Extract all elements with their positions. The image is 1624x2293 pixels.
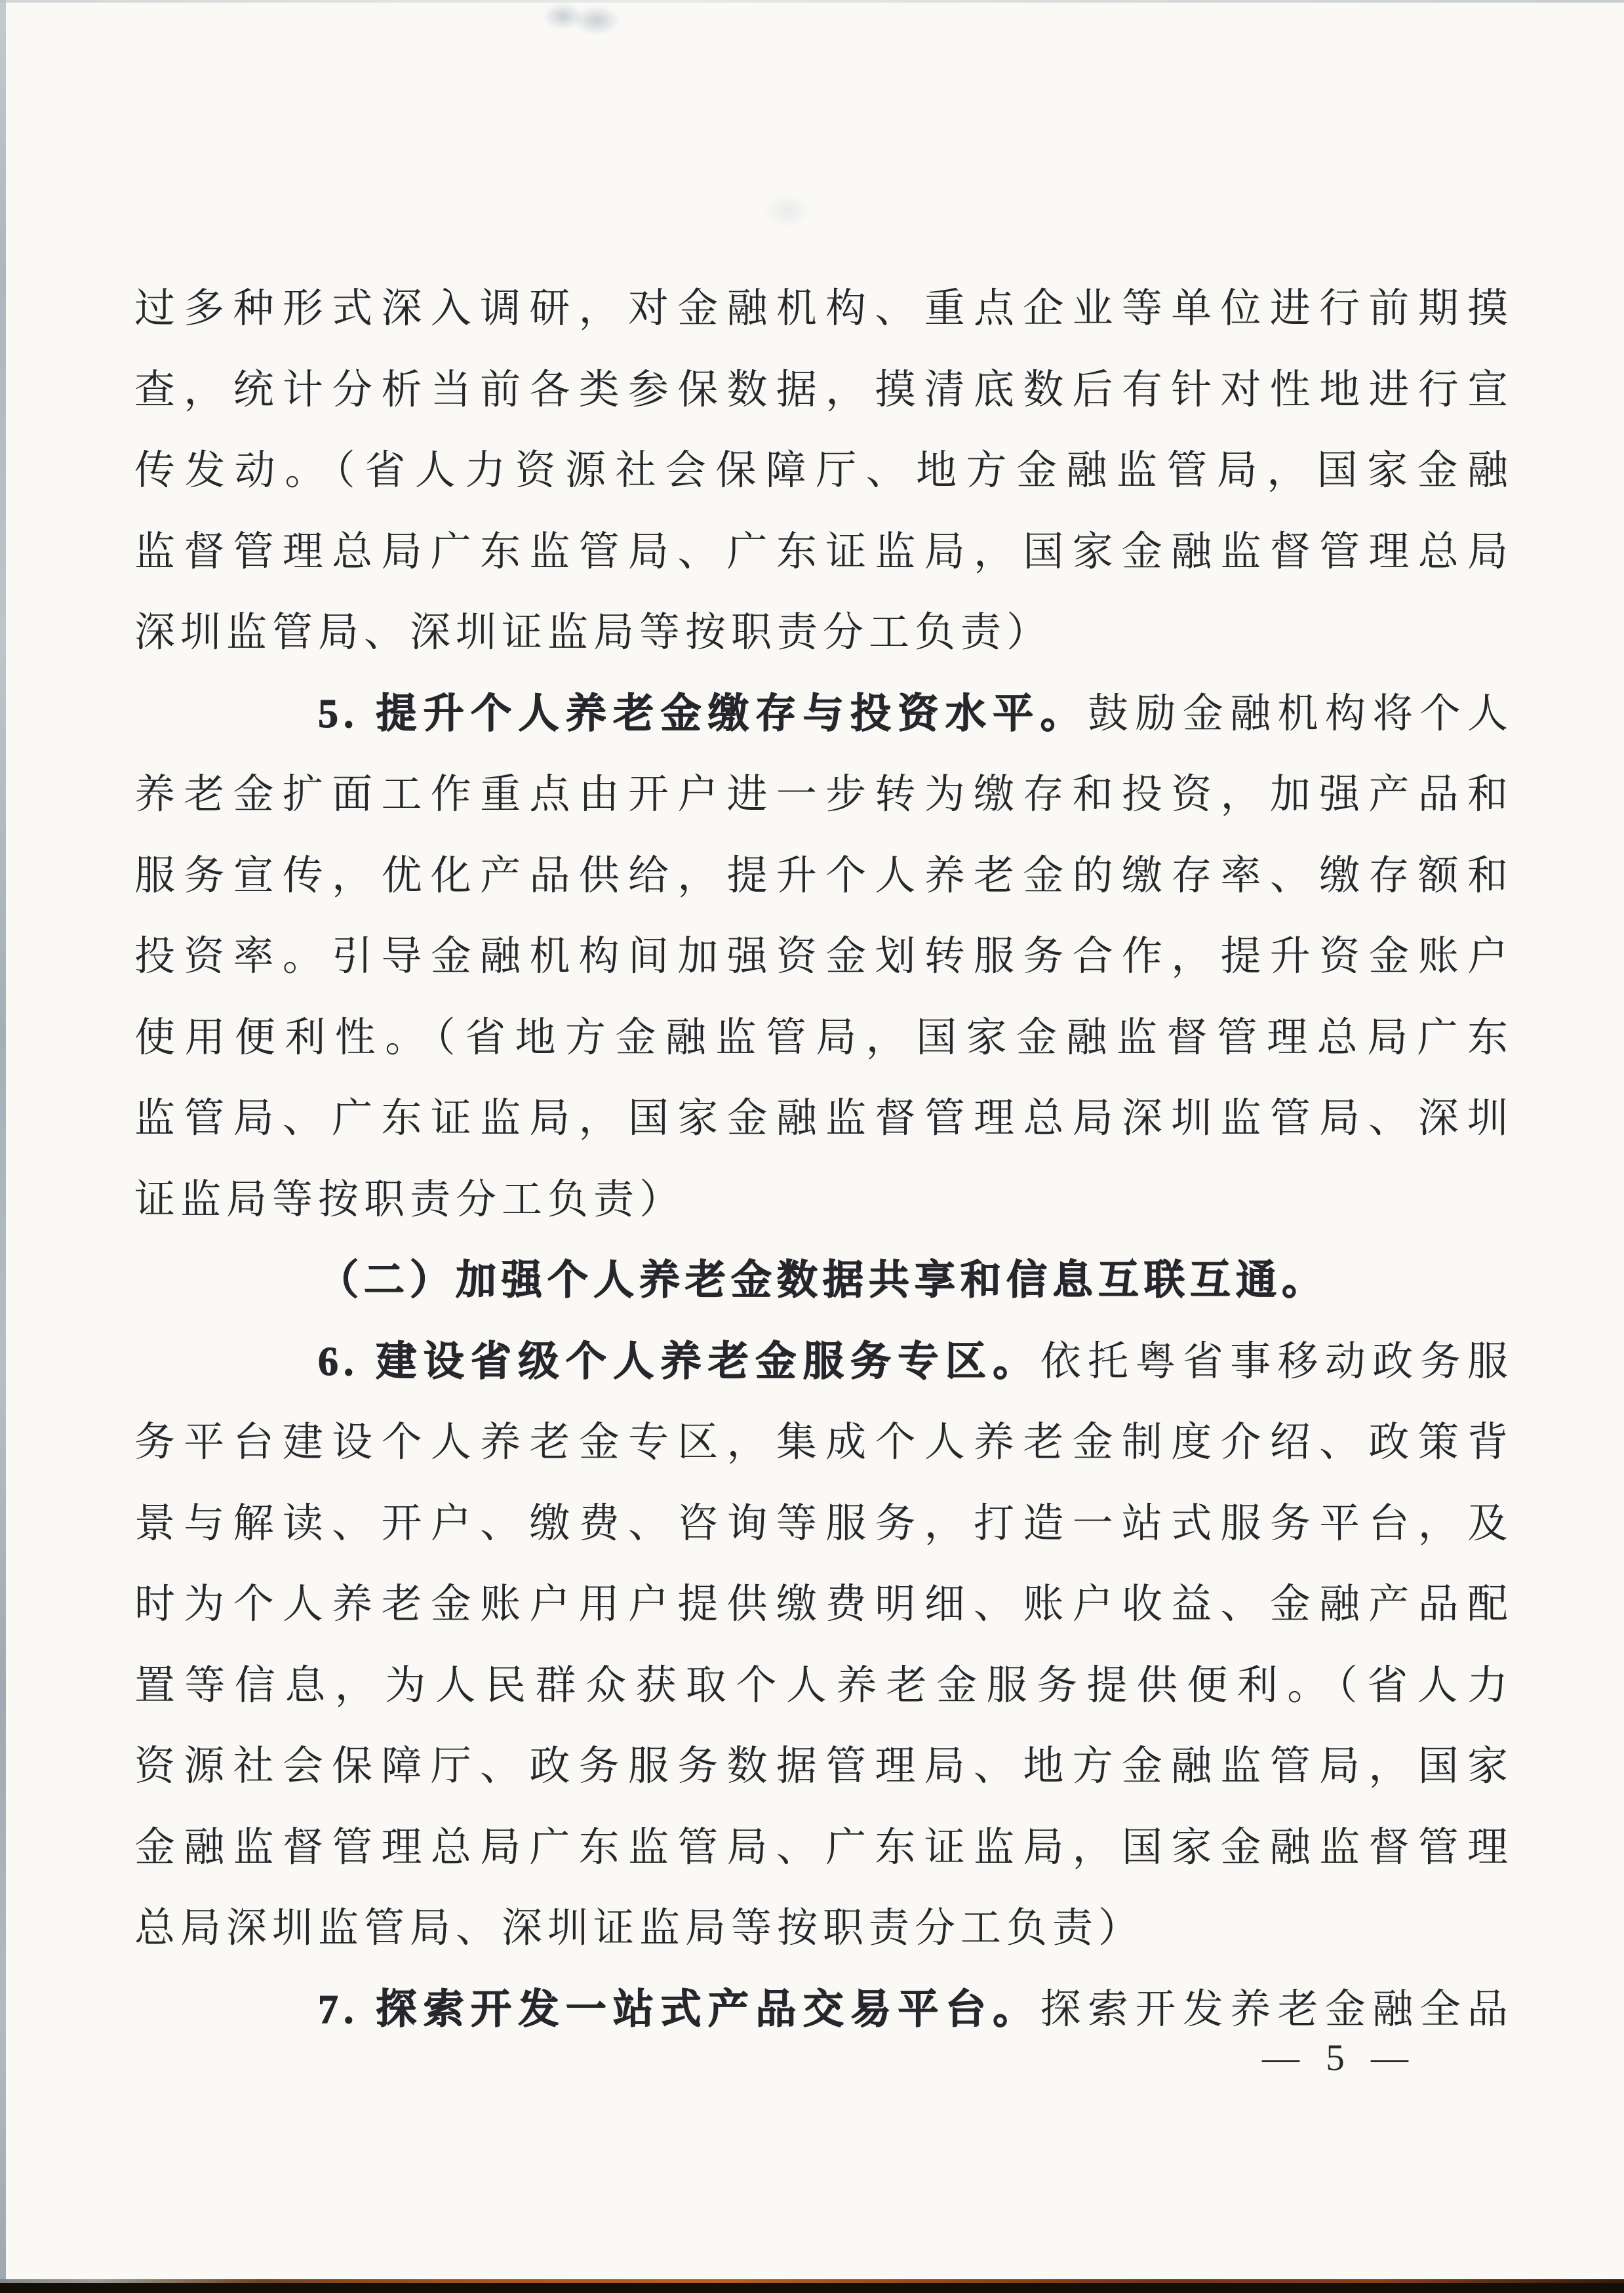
- body-segment: 探索开发养老金融全品: [1040, 1987, 1513, 2032]
- body-segment: 监管局、广东证监局，国家金融监督管理总局深圳监管局、深圳: [134, 1096, 1513, 1141]
- text-line: 查，统计分析当前各类参保数据，摸清底数后有针对性地进行宣: [134, 350, 1513, 431]
- heading-segment: 6. 建设省级个人养老金服务专区。: [318, 1340, 1040, 1384]
- scan-bottom-edge: [0, 2279, 1624, 2293]
- text-line: 监督管理总局广东监管局、广东证监局，国家金融监督管理总局: [134, 512, 1513, 593]
- heading-segment: 7. 探索开发一站式产品交易平台。: [318, 1987, 1040, 2032]
- body-segment: 服务宣传，优化产品供给，提升个人养老金的缴存率、缴存额和: [134, 854, 1513, 898]
- text-line: 5. 提升个人养老金缴存与投资水平。鼓励金融机构将个人: [134, 674, 1513, 755]
- text-line: 证监局等按职责分工负责）: [134, 1160, 1513, 1241]
- body-segment: 资源社会保障厅、政务服务数据管理局、地方金融监管局，国家: [134, 1744, 1513, 1789]
- text-line: 传发动。（省人力资源社会保障厅、地方金融监管局，国家金融: [134, 431, 1513, 512]
- text-line: 总局深圳监管局、深圳证监局等按职责分工负责）: [134, 1888, 1513, 1970]
- body-segment: 过多种形式深入调研，对金融机构、重点企业等单位进行前期摸: [134, 287, 1513, 331]
- body-segment: 使用便利性。（省地方金融监管局，国家金融监督管理总局广东: [134, 1016, 1513, 1060]
- text-line: 置等信息，为人民群众获取个人养老金服务提供便利。（省人力: [134, 1646, 1513, 1727]
- document-text: 过多种形式深入调研，对金融机构、重点企业等单位进行前期摸查，统计分析当前各类参保…: [134, 269, 1513, 2050]
- body-segment: 传发动。（省人力资源社会保障厅、地方金融监管局，国家金融: [134, 449, 1513, 493]
- text-line: 养老金扩面工作重点由开户进一步转为缴存和投资，加强产品和: [134, 755, 1513, 836]
- body-segment: 监督管理总局广东监管局、广东证监局，国家金融监督管理总局: [134, 530, 1513, 574]
- text-line: 服务宣传，优化产品供给，提升个人养老金的缴存率、缴存额和: [134, 836, 1513, 917]
- text-line: 6. 建设省级个人养老金服务专区。依托粤省事移动政务服: [134, 1322, 1513, 1403]
- body-segment: 养老金扩面工作重点由开户进一步转为缴存和投资，加强产品和: [134, 772, 1513, 817]
- page-number: — 5 —: [1262, 2037, 1412, 2079]
- text-line: 资源社会保障厅、政务服务数据管理局、地方金融监管局，国家: [134, 1726, 1513, 1808]
- text-line: 金融监督管理总局广东监管局、广东证监局，国家金融监督管理: [134, 1808, 1513, 1889]
- text-line: 过多种形式深入调研，对金融机构、重点企业等单位进行前期摸: [134, 269, 1513, 350]
- text-line: 景与解读、开户、缴费、咨询等服务，打造一站式服务平台，及: [134, 1484, 1513, 1565]
- body-segment: 景与解读、开户、缴费、咨询等服务，打造一站式服务平台，及: [134, 1502, 1513, 1546]
- scanned-document-page: 过多种形式深入调研，对金融机构、重点企业等单位进行前期摸查，统计分析当前各类参保…: [0, 0, 1624, 2293]
- body-segment: 置等信息，为人民群众获取个人养老金服务提供便利。（省人力: [134, 1664, 1513, 1708]
- body-segment: 务平台建设个人养老金专区，集成个人养老金制度介绍、政策背: [134, 1420, 1513, 1465]
- scan-top-edge: [0, 0, 1624, 3]
- body-segment: 投资率。引导金融机构间加强资金划转服务合作，提升资金账户: [134, 934, 1513, 979]
- scan-smudge: [573, 5, 620, 35]
- text-line: （二）加强个人养老金数据共享和信息互联互通。: [134, 1241, 1513, 1322]
- body-segment: 查，统计分析当前各类参保数据，摸清底数后有针对性地进行宣: [134, 368, 1513, 412]
- heading-segment: 5. 提升个人养老金缴存与投资水平。: [318, 692, 1088, 736]
- body-segment: 总局深圳监管局、深圳证监局等按职责分工负责）: [134, 1906, 1144, 1951]
- body-segment: 依托粤省事移动政务服: [1040, 1340, 1513, 1384]
- scan-smudge: [764, 193, 811, 228]
- text-line: 使用便利性。（省地方金融监管局，国家金融监督管理总局广东: [134, 998, 1513, 1079]
- page-footer: — 5 —: [1262, 2037, 1412, 2079]
- body-segment: 金融监督管理总局广东监管局、广东证监局，国家金融监督管理: [134, 1825, 1513, 1870]
- body-segment: 时为个人养老金账户用户提供缴费明细、账户收益、金融产品配: [134, 1582, 1513, 1627]
- text-line: 监管局、广东证监局，国家金融监督管理总局深圳监管局、深圳: [134, 1079, 1513, 1160]
- scan-left-edge: [0, 0, 6, 2293]
- heading-segment: （二）加强个人养老金数据共享和信息互联互通。: [318, 1258, 1328, 1303]
- body-segment: 鼓励金融机构将个人: [1088, 692, 1513, 736]
- text-line: 时为个人养老金账户用户提供缴费明细、账户收益、金融产品配: [134, 1565, 1513, 1646]
- body-segment: 深圳监管局、深圳证监局等按职责分工负责）: [134, 610, 1052, 655]
- body-segment: 证监局等按职责分工负责）: [134, 1178, 685, 1222]
- text-line: 深圳监管局、深圳证监局等按职责分工负责）: [134, 593, 1513, 674]
- text-line: 投资率。引导金融机构间加强资金划转服务合作，提升资金账户: [134, 917, 1513, 998]
- text-line: 务平台建设个人养老金专区，集成个人养老金制度介绍、政策背: [134, 1403, 1513, 1484]
